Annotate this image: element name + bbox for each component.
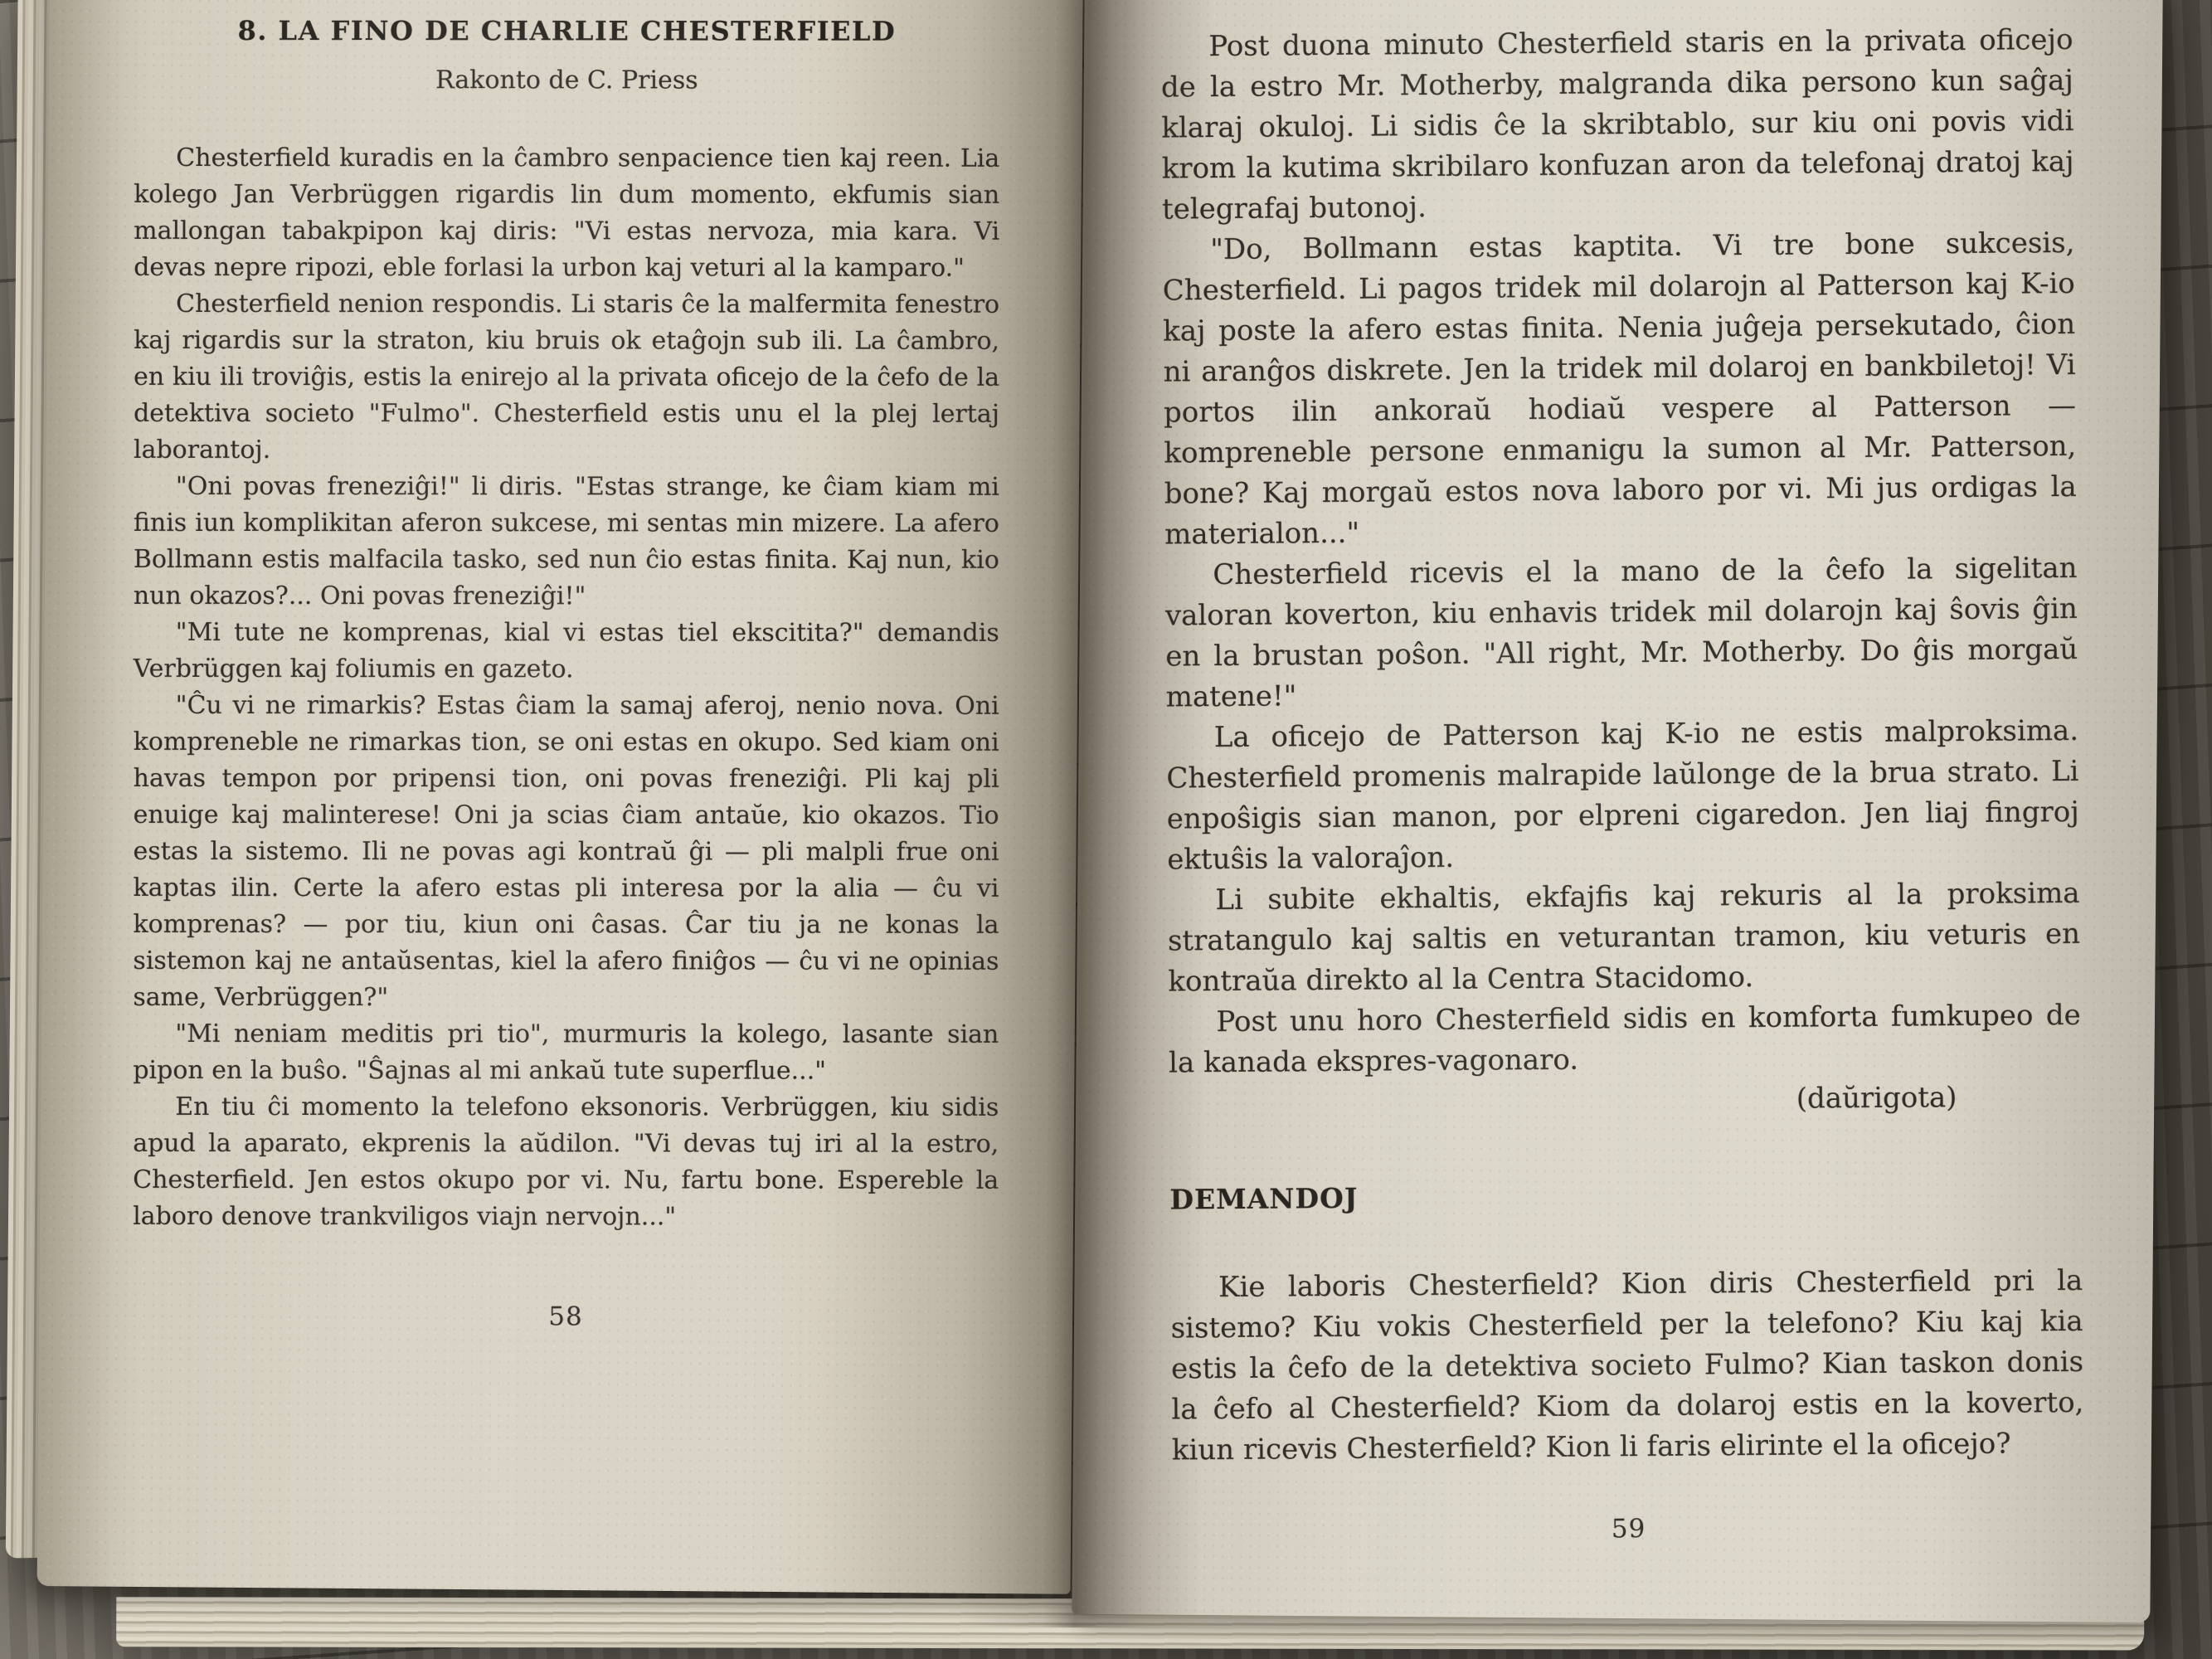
left-page-text-block: 8. LA FINO DE CHARLIE CHESTERFIELD Rakon… [133,12,999,1335]
paragraph: La oficejo de Patterson kaj K-io ne esti… [1166,711,2080,881]
paragraph: Post duona minuto Chesterfield staris en… [1160,20,2074,231]
left-page: 8. LA FINO DE CHARLIE CHESTERFIELD Rakon… [37,0,1083,1594]
right-page-text-block: Post duona minuto Chesterfield staris en… [1160,20,2084,1554]
right-page: Post duona minuto Chesterfield staris en… [1072,0,2163,1623]
paragraph: "Oni povas freneziĝi!" li diris. "Estas … [134,469,999,615]
questions-paragraph: Kie laboris Chesterfield? Kion diris Che… [1170,1261,2084,1472]
chapter-heading: 8. LA FINO DE CHARLIE CHESTERFIELD [134,12,999,50]
paragraph: "Ĉu vi ne rimarkis? Estas ĉiam la samaj … [133,688,999,1017]
paragraph: Chesterfield kuradis en la ĉambro senpac… [134,140,999,287]
paragraph: "Do, Bollmann estas kaptita. Vi tre bone… [1162,223,2077,556]
chapter-subheading: Rakonto de C. Priess [134,62,999,100]
paragraph: Chesterfield ricevis el la mano de la ĉe… [1164,548,2078,718]
paragraph: En tiu ĉi momento la telefono eksonoris.… [133,1089,999,1236]
section-heading-demandoj: DEMANDOJ [1169,1172,2082,1220]
paragraph: Li subite ekhaltis, ekfajfis kaj rekuris… [1167,873,2080,1003]
paragraph: Chesterfield nenion respondis. Li staris… [134,286,999,469]
page-number-left: 58 [133,1298,999,1335]
paragraph: Post unu horo Chesterfield sidis en komf… [1169,995,2082,1084]
open-book: 8. LA FINO DE CHARLIE CHESTERFIELD Rakon… [0,0,2190,1645]
paragraph: "Mi tute ne komprenas, kial vi estas tie… [134,615,999,688]
paragraph: "Mi neniam meditis pri tio", murmuris la… [133,1016,999,1090]
continuation-note: (daŭrigota) [1169,1077,2081,1125]
page-number-right: 59 [1172,1506,2084,1554]
